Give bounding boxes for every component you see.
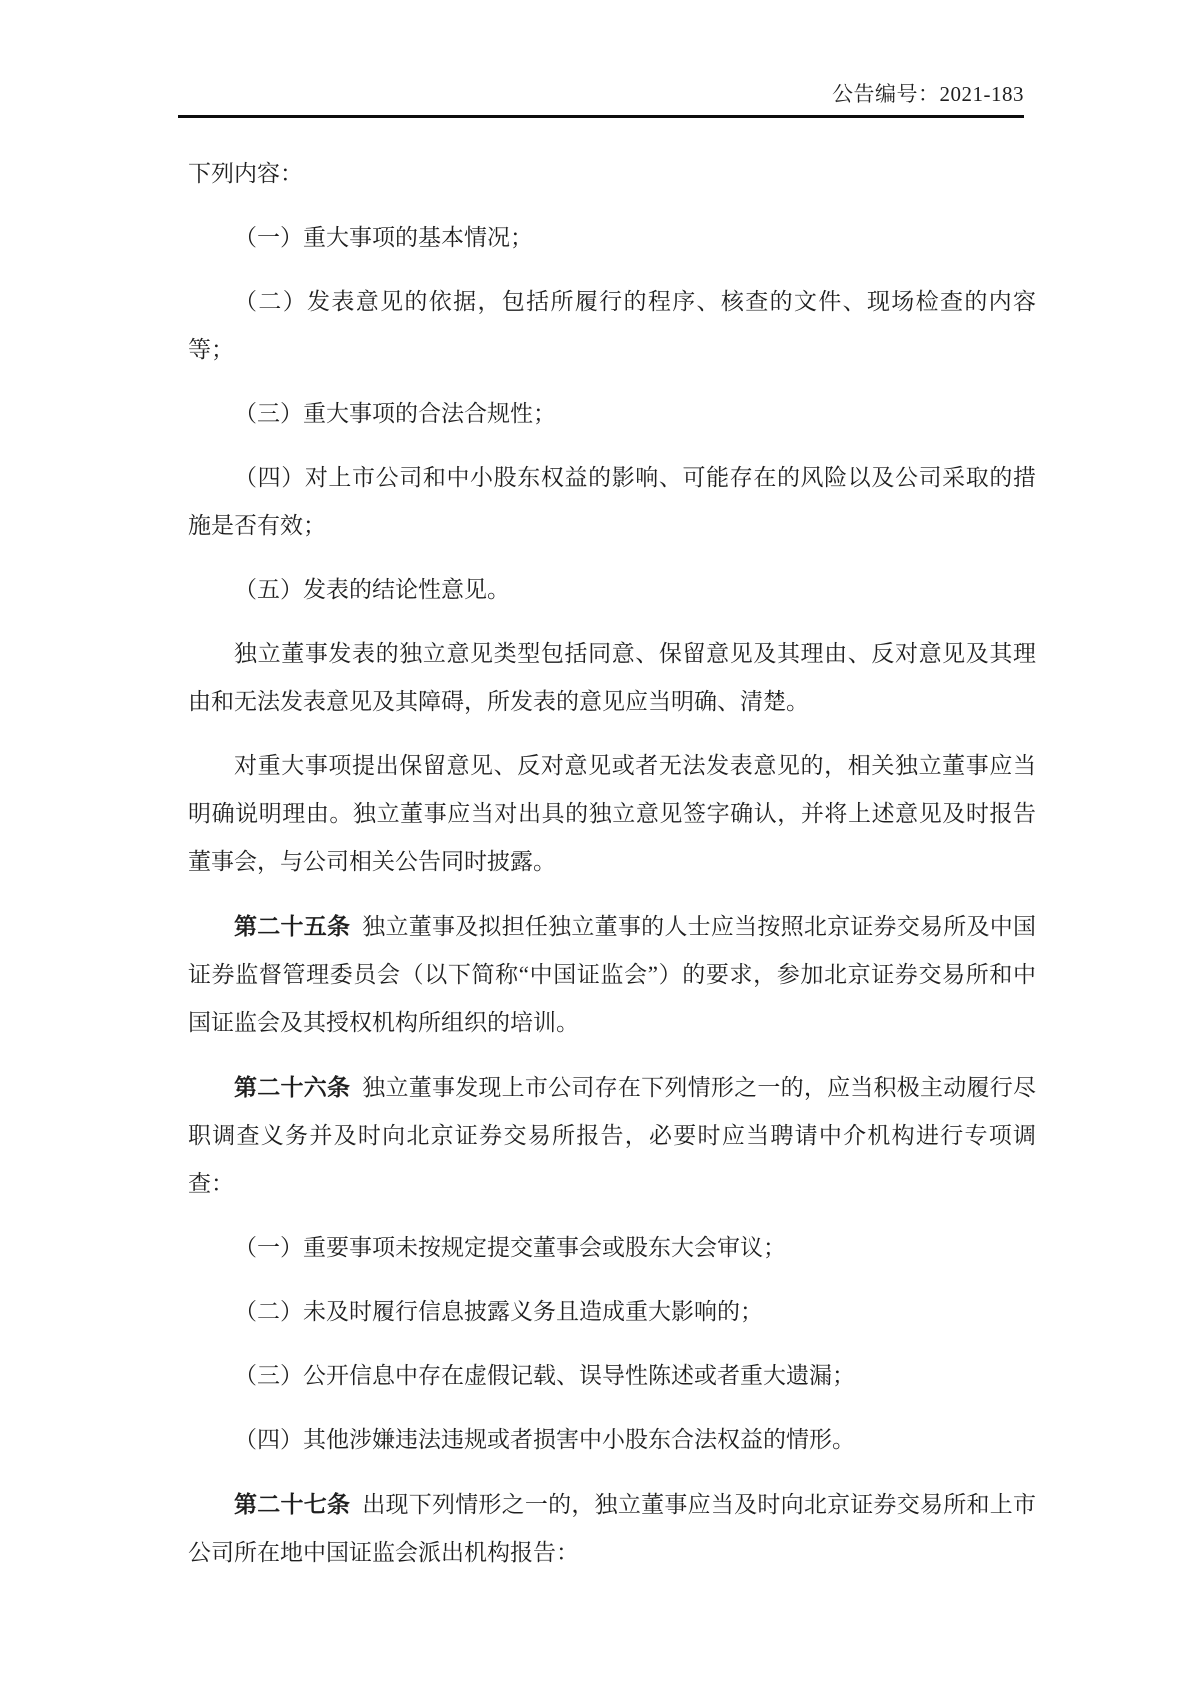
paragraph: （二）未及时履行信息披露义务且造成重大影响的； <box>188 1288 1036 1336</box>
document-body: 下列内容： （一）重大事项的基本情况； （二）发表意见的依据，包括所履行的程序、… <box>188 150 1036 1593</box>
paragraph-text: （三）重大事项的合法合规性； <box>234 401 556 426</box>
document-page: 公告编号：2021-183 下列内容： （一）重大事项的基本情况； （二）发表意… <box>0 0 1199 1696</box>
paragraph-text: （一）重要事项未按规定提交董事会或股东大会审议； <box>234 1235 786 1260</box>
paragraph-text: （二）未及时履行信息披露义务且造成重大影响的； <box>234 1299 763 1324</box>
paragraph-text: （四）对上市公司和中小股东权益的影响、可能存在的风险以及公司采取的措施是否有效； <box>188 465 1036 538</box>
paragraph-text: 对重大事项提出保留意见、反对意见或者无法发表意见的，相关独立董事应当明确说明理由… <box>188 753 1036 874</box>
paragraph: （二）发表意见的依据，包括所履行的程序、核查的文件、现场检查的内容等； <box>188 278 1036 374</box>
paragraph-text: 独立董事发表的独立意见类型包括同意、保留意见及其理由、反对意见及其理由和无法发表… <box>188 641 1036 714</box>
paragraph: （四）对上市公司和中小股东权益的影响、可能存在的风险以及公司采取的措施是否有效； <box>188 454 1036 550</box>
article-number-label: 第二十七条 <box>234 1491 350 1517</box>
paragraph: 第二十五条独立董事及拟担任独立董事的人士应当按照北京证券交易所及中国证券监督管理… <box>188 902 1036 1047</box>
paragraph: 独立董事发表的独立意见类型包括同意、保留意见及其理由、反对意见及其理由和无法发表… <box>188 630 1036 726</box>
paragraph: （三）公开信息中存在虚假记载、误导性陈述或者重大遗漏； <box>188 1352 1036 1400</box>
paragraph: （一）重要事项未按规定提交董事会或股东大会审议； <box>188 1224 1036 1272</box>
announcement-number: 公告编号：2021-183 <box>178 0 1024 108</box>
paragraph: （三）重大事项的合法合规性； <box>188 390 1036 438</box>
paragraph: （五）发表的结论性意见。 <box>188 566 1036 614</box>
paragraph: （一）重大事项的基本情况； <box>188 214 1036 262</box>
paragraph: 第二十七条出现下列情形之一的，独立董事应当及时向北京证券交易所和上市公司所在地中… <box>188 1480 1036 1577</box>
paragraph: （四）其他涉嫌违法违规或者损害中小股东合法权益的情形。 <box>188 1416 1036 1464</box>
paragraph-text: （五）发表的结论性意见。 <box>234 577 510 602</box>
paragraph-text: 下列内容： <box>188 161 303 186</box>
article-number-label: 第二十五条 <box>234 913 350 939</box>
paragraph-text: （四）其他涉嫌违法违规或者损害中小股东合法权益的情形。 <box>234 1427 855 1452</box>
article-number-label: 第二十六条 <box>234 1074 350 1100</box>
paragraph: 下列内容： <box>188 150 1036 198</box>
page-header: 公告编号：2021-183 <box>178 0 1024 118</box>
paragraph-text: （二）发表意见的依据，包括所履行的程序、核查的文件、现场检查的内容等； <box>188 289 1036 362</box>
paragraph: 对重大事项提出保留意见、反对意见或者无法发表意见的，相关独立董事应当明确说明理由… <box>188 742 1036 886</box>
paragraph-text: （一）重大事项的基本情况； <box>234 225 533 250</box>
paragraph: 第二十六条独立董事发现上市公司存在下列情形之一的，应当积极主动履行尽职调查义务并… <box>188 1063 1036 1208</box>
header-divider <box>178 115 1024 118</box>
paragraph-text: （三）公开信息中存在虚假记载、误导性陈述或者重大遗漏； <box>234 1363 855 1388</box>
